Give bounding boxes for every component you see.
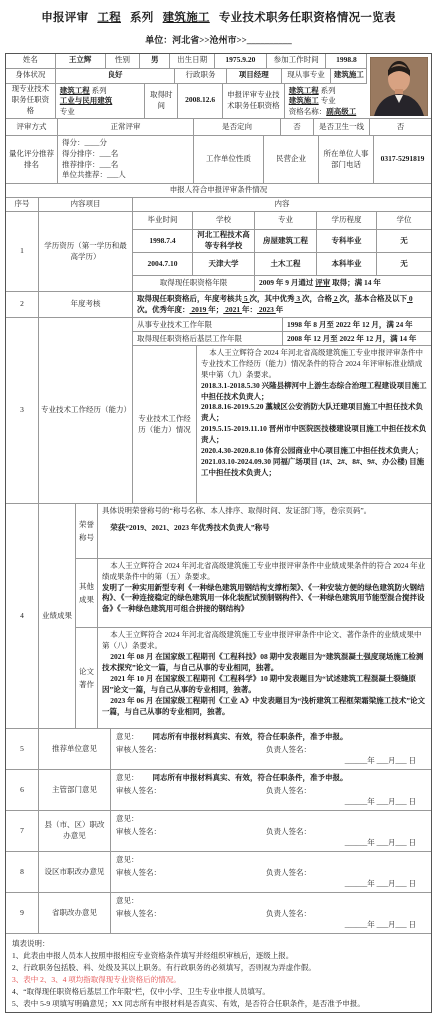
opinion-num: 7: [6, 811, 39, 851]
current-title-label: 现专业技术职务任职资格: [6, 84, 56, 118]
education-header-row: 毕业时间 学校 专业 学历程度 学位: [133, 212, 431, 230]
note-item: 3、表中 2、3、4 项均指取得现专业资格后的情况。: [12, 974, 425, 986]
leader-sign-label: 负责人签名：: [266, 786, 311, 797]
education-row-block: 1 学历资历（第一学历和最高学历） 毕业时间 学校 专业 学历程度 学位 199…: [6, 212, 431, 292]
opinion-content: 意见：同志所有申报材料真实、有效，符合任职条件，准予申报。 审核人签名：负责人签…: [111, 770, 431, 810]
review-mode-label: 评审方式: [6, 119, 58, 135]
honor-sub-row: 荣誉称号 具体说明荣誉称号的“称号名称、本人排序、取得时间、发证部门等，卷宗页码…: [76, 504, 431, 559]
unit-label: 单位：: [145, 35, 172, 45]
paper-line: 2023 年 06 月 在国家级工程期刊《工业 A》中发表题目为“浅析建筑工程框…: [102, 696, 427, 718]
edu-h-time: 毕业时间: [133, 212, 193, 229]
note-item: 4、“取得现任职资格后基层工作年限”栏，仅中小学、卫生专业申报人员填写。: [12, 986, 425, 998]
form-title: 申报评审工程系列建筑施工专业技术职务任职资格情况一览表: [5, 9, 432, 25]
edu-major: 房屋建筑工程: [255, 230, 317, 252]
education-table: 毕业时间 学校 专业 学历程度 学位 1998.7.4 河北工程技术高等专科学校…: [133, 212, 431, 291]
annual-review-row: 2 年度考核 取得现任职资格后，年度考核共 5 次，其中优秀 3 次，合格 2 …: [6, 292, 431, 318]
honor-text-cell: 具体说明荣誉称号的“称号名称、本人排序、取得时间、发证部门等，卷宗页码”。 荣获…: [98, 504, 431, 558]
portrait-photo-graphic: [370, 57, 428, 116]
edu-h-diploma: 学位: [377, 212, 431, 229]
education-row: 1998.7.4 河北工程技术高等专科学校 房屋建筑工程 专科毕业 无: [133, 230, 431, 253]
honor-text: 荣获“2019、2021、2023 年优秀技术负责人”称号: [102, 523, 427, 534]
row4-label: 业绩成果: [39, 504, 76, 728]
apply-title-label: 申报评审专业技术职务任职资格: [223, 84, 285, 118]
edu-diploma: 无: [377, 253, 431, 275]
opinion-text: 同志所有申报材料真实、有效，符合任职条件，准予申报。: [153, 773, 348, 784]
score-blanks: 得分：____分得分排序：___名推荐排序：___名单位共推荐：___人: [58, 136, 194, 183]
qual-years-segments: 2009 年 9 月通过 评审 取得；满 14 年: [259, 278, 381, 289]
name-label: 姓名: [6, 54, 56, 68]
project-item: 2018.3.1-2018.5.30 兴隆县柳河中上游生态综合治理工程建设项目施…: [201, 381, 427, 403]
col-header-content: 内容: [133, 198, 431, 211]
opinion-date-blank: ______年 ___月___ 日: [116, 920, 426, 931]
score-line: 得分排序：___名: [62, 149, 126, 160]
opinion-word: 意见：: [116, 814, 139, 825]
edu-h-major: 专业: [255, 212, 317, 229]
qual-years-value: 2009 年 9 月通过 评审 取得；满 14 年: [255, 276, 431, 291]
experience-row-block: 3 专业技术工作经历（能力） 从事专业技术工作年限 1998 年 8 月至 20…: [6, 318, 431, 504]
title-mid: 系列: [130, 12, 154, 24]
opinion-row: 6 主管部门意见 意见：同志所有申报材料真实、有效，符合任职条件，准予申报。 审…: [6, 770, 431, 811]
row2-num: 2: [6, 292, 39, 317]
score-line: 得分：____分: [62, 138, 126, 149]
leader-sign-label: 负责人签名：: [266, 909, 311, 920]
unit-nature-value: 民营企业: [264, 136, 319, 183]
unit-value: 河北省>>沧州市>>: [172, 35, 247, 45]
current-major: 工业与民用建筑: [60, 96, 113, 105]
opinion-label: 推荐单位意见: [39, 729, 111, 769]
experience-intro: 本人王立辉符合 2024 年河北省高级建筑施工专业申报评审条件中专业技术工作经历…: [201, 348, 427, 381]
health-label: 身体状况: [6, 69, 56, 83]
apply-qual-cell: 建筑工程 系列 建筑施工 专业 资格名称：副高级工程师: [285, 84, 368, 118]
reviewer-sign-label: 审核人签名：: [116, 827, 266, 838]
note-item: 1、此表由申报人员本人按照申报相应专业资格条件填写并经组织审核后，逐级上报。: [12, 950, 425, 962]
edu-h-school: 学校: [193, 212, 255, 229]
achievements-row-block: 4 业绩成果 荣誉称号 具体说明荣誉称号的“称号名称、本人排序、取得时间、发证部…: [6, 504, 431, 729]
papers-text-cell: 本人王立辉符合 2024 年河北省高级建筑施工专业申报评审条件中论文、著作条件的…: [98, 628, 431, 728]
qual-years-label: 取得现任职资格年限: [133, 276, 255, 291]
opinion-rows: 5 推荐单位意见 意见：同志所有申报材料真实、有效，符合任职条件，准予申报。 审…: [6, 729, 431, 934]
project-item: 2019.5.15-2019.11.10 晋州市中医院医技楼建设项目施工中担任技…: [201, 424, 427, 446]
edu-major: 土木工程: [255, 253, 317, 275]
project-list: 2018.3.1-2018.5.30 兴隆县柳河中上游生态综合治理工程建设项目施…: [201, 381, 427, 479]
experience-content: 从事专业技术工作年限 1998 年 8 月至 2022 年 12 月，满 24 …: [133, 318, 431, 503]
gender-value: 男: [140, 54, 170, 68]
workstart-value: 1998.8: [326, 54, 367, 68]
papers-sub-row: 论文著作 本人王立辉符合 2024 年河北省高级建筑施工专业申报评审条件中论文、…: [76, 628, 431, 728]
name-value: 王立辉: [56, 54, 106, 68]
row4-num: 4: [6, 504, 39, 728]
col-header-num: 序号: [6, 198, 39, 211]
base-years-value: 2008 年 12 月至 2022 年 12 月，满 14 年: [283, 332, 431, 345]
project-item: 2018.8.16-2019.5.20 藁城区公安消防大队迁建项目施工中担任技术…: [201, 402, 427, 424]
other-sub-label: 其他成果: [76, 559, 98, 628]
title-suffix: 专业技术职务任职资格情况一览表: [219, 12, 396, 24]
leader-sign-label: 负责人签名：: [266, 745, 311, 756]
basic-row-2: 身体状况 良好 行政职务 项目经理 现从事专业 建筑施工: [6, 69, 367, 84]
opinion-row: 8 设区市职改办意见 意见： 审核人签名：负责人签名： ______年 ___月…: [6, 852, 431, 893]
reviewer-sign-label: 审核人签名：: [116, 745, 266, 756]
unit-line: 单位：河北省>>沧州市>>__________: [5, 33, 432, 46]
reviewer-sign-label: 审核人签名：: [116, 786, 266, 797]
birth-label: 出生日期: [170, 54, 215, 68]
experience-detail-row: 专业技术工作经历（能力）情况 本人王立辉符合 2024 年河北省高级建筑施工专业…: [133, 346, 431, 503]
admin-value: 项目经理: [227, 69, 282, 83]
obtain-time-value: 2008.12.6: [178, 84, 223, 118]
notes-list: 1、此表由申报人员本人按照申报相应专业资格条件填写并经组织审核后，逐级上报。2、…: [12, 950, 425, 1010]
leader-sign-label: 负责人签名：: [266, 868, 311, 879]
honor-note: 具体说明荣誉称号的“称号名称、本人排序、取得时间、发证部门等，卷宗页码”。: [102, 506, 427, 517]
opinion-label: 县（市、区）职改办意见: [39, 811, 111, 851]
opinion-date-blank: ______年 ___月___ 日: [116, 797, 426, 808]
profession-label: 现从事专业: [282, 69, 332, 83]
qualification-review-form: 申报评审工程系列建筑施工专业技术职务任职资格情况一览表 单位：河北省>>沧州市>…: [0, 0, 437, 1024]
project-item: 2021.03.10-2024.09.30 同福广场项目 (1#、2#、8#、9…: [201, 457, 427, 479]
reviewer-sign-label: 审核人签名：: [116, 868, 266, 879]
work-years-label: 从事专业技术工作年限: [133, 318, 283, 331]
opinion-num: 6: [6, 770, 39, 810]
main-table: 姓名 王立辉 性别 男 出生日期 1975.9.20 参加工作时间 1998.8…: [5, 53, 432, 1013]
title-specialty-blank: 建筑施工: [154, 12, 219, 24]
base-years-row: 取得现任职资格后基层工作年限 2008 年 12 月至 2022 年 12 月，…: [133, 332, 431, 346]
review-mode-row: 评审方式 正常评审 是否定向 否 是否卫生一线 否: [6, 119, 431, 136]
section-header-row: 申报人符合申报评审条件情况: [6, 184, 431, 198]
papers-sub-label: 论文著作: [76, 628, 98, 728]
col-header-item: 内容项目: [39, 198, 133, 211]
education-row: 2004.7.10 天津大学 土木工程 本科毕业 无: [133, 253, 431, 276]
honor-sub-label: 荣誉称号: [76, 504, 98, 558]
obtain-time-label: 取得时间: [145, 84, 178, 118]
opinion-content: 意见：同志所有申报材料真实、有效，符合任职条件，准予申报。 审核人签名：负责人签…: [111, 729, 431, 769]
annual-review-text: 取得现任职资格后，年度考核共 5 次，其中优秀 3 次，合格 2 次，基本合格及…: [133, 292, 431, 317]
opinion-row: 7 县（市、区）职改办意见 意见： 审核人签名：负责人签名： ______年 _…: [6, 811, 431, 852]
notes-title: 填表说明：: [12, 938, 425, 950]
profession-value: 建筑施工: [331, 69, 367, 83]
opinion-row: 5 推荐单位意见 意见：同志所有申报材料真实、有效，符合任职条件，准予申报。 审…: [6, 729, 431, 770]
note-item: 5、表中 5-9 项填写明确意见；XX 同志所有申报材料是否真实、有效，是否符合…: [12, 998, 425, 1010]
edu-degree: 专科毕业: [317, 230, 377, 252]
edu-time: 1998.7.4: [133, 230, 193, 252]
workstart-label: 参加工作时间: [267, 54, 327, 68]
paper-line: 本人王立辉符合 2024 年河北省高级建筑施工专业申报评审条件中论文、著作条件的…: [102, 630, 427, 652]
opinion-text: 同志所有申报材料真实、有效，符合任职条件，准予申报。: [153, 732, 348, 743]
applicant-photo: [367, 54, 431, 118]
opinion-date-blank: ______年 ___月___ 日: [116, 879, 426, 890]
row2-label: 年度考核: [39, 292, 133, 317]
title-prefix: 申报评审: [41, 12, 88, 24]
current-series: 建筑工程: [60, 86, 90, 95]
opinion-label: 主管部门意见: [39, 770, 111, 810]
unit-blank: __________: [247, 35, 292, 45]
review-mode-value: 正常评审: [58, 119, 194, 135]
directed-value: 否: [281, 119, 314, 135]
edu-school: 河北工程技术高等专科学校: [193, 230, 255, 252]
annual-review-segments: 取得现任职资格后，年度考核共 5 次，其中优秀 3 次，合格 2 次，基本合格及…: [137, 294, 427, 316]
gender-label: 性别: [106, 54, 141, 68]
base-years-label: 取得现任职资格后基层工作年限: [133, 332, 283, 345]
achievements-content: 荣誉称号 具体说明荣誉称号的“称号名称、本人排序、取得时间、发证部门等，卷宗页码…: [76, 504, 431, 728]
experience-sub-label: 专业技术工作经历（能力）情况: [133, 346, 197, 503]
score-lines-list: 得分：____分得分排序：___名推荐排序：___名单位共推荐：___人: [62, 138, 126, 182]
opinion-num: 8: [6, 852, 39, 892]
health-value: 良好: [56, 69, 175, 83]
paper-line: 2021 年 10 月 在国家级工程期刊《工程科学》10 期中发表题目为“试述建…: [102, 674, 427, 696]
opinion-row: 9 省职改办意见 意见： 审核人签名：负责人签名： ______年 ___月__…: [6, 893, 431, 934]
opinion-label: 设区市职改办意见: [39, 852, 111, 892]
opinion-word: 意见：: [116, 732, 139, 743]
leader-sign-label: 负责人签名：: [266, 827, 311, 838]
title-series-blank: 工程: [88, 12, 130, 24]
row3-num: 3: [6, 318, 39, 503]
opinion-word: 意见：: [116, 773, 139, 784]
reviewer-sign-label: 审核人签名：: [116, 909, 266, 920]
current-qual-cell: 建筑工程 系列 工业与民用建筑 专业 资格名称：工程师: [56, 84, 146, 118]
opinion-num: 5: [6, 729, 39, 769]
other-line: 本人王立辉符合 2024 年河北省高级建筑施工专业申报评审条件中业绩成果条件的符…: [102, 561, 427, 583]
row1-num: 1: [6, 212, 39, 291]
phone-value: 0317-5291819: [374, 136, 431, 183]
birth-value: 1975.9.20: [215, 54, 267, 68]
score-line: 推荐排序：___名: [62, 160, 126, 171]
apply-series: 建筑工程: [289, 86, 319, 95]
unit-nature-label: 工作单位性质: [194, 136, 264, 183]
row3-label: 专业技术工作经历（能力）: [39, 318, 133, 503]
other-line: 发明了一种实用新型专利《一种绿色建筑用钢结构支撑桁架》、《一种安装方便的绿色建筑…: [102, 583, 427, 616]
education-rows: 1998.7.4 河北工程技术高等专科学校 房屋建筑工程 专科毕业 无 2004…: [133, 230, 431, 276]
row1-label: 学历资历（第一学历和最高学历）: [39, 212, 133, 291]
opinion-date-blank: ______年 ___月___ 日: [116, 756, 426, 767]
section-header: 申报人符合申报评审条件情况: [6, 184, 431, 197]
opinion-label: 省职改办意见: [39, 893, 111, 933]
edu-time: 2004.7.10: [133, 253, 193, 275]
score-label: 量化评分推荐排名: [6, 136, 58, 183]
opinion-content: 意见： 审核人签名：负责人签名： ______年 ___月___ 日: [111, 852, 431, 892]
paper-line: 2021 年 08 月 在国家级工程期刊《工程科技》08 期中发表题目为“建筑混…: [102, 652, 427, 674]
opinion-content: 意见： 审核人签名：负责人签名： ______年 ___月___ 日: [111, 811, 431, 851]
column-header-row: 序号 内容项目 内容: [6, 198, 431, 212]
health-line-value: 否: [370, 119, 431, 135]
work-years-value: 1998 年 8 月至 2022 年 12 月，满 24 年: [283, 318, 431, 331]
basic-row-3: 现专业技术职务任职资格 建筑工程 系列 工业与民用建筑 专业 资格名称：工程师 …: [6, 84, 367, 118]
other-sub-row: 其他成果 本人王立辉符合 2024 年河北省高级建筑施工专业申报评审条件中业绩成…: [76, 559, 431, 629]
phone-label: 所在单位人事部门电话: [319, 136, 374, 183]
edu-diploma: 无: [377, 230, 431, 252]
experience-detail-text: 本人王立辉符合 2024 年河北省高级建筑施工专业申报评审条件中专业技术工作经历…: [197, 346, 431, 503]
health-line-label: 是否卫生一线: [314, 119, 370, 135]
edu-degree: 本科毕业: [317, 253, 377, 275]
score-line: 单位共推荐：___人: [62, 170, 126, 181]
note-item: 2、行政职务包括股、科、处级及其以上职务。有行政职务的必须填写，否则视为弄虚作假…: [12, 962, 425, 974]
opinion-date-blank: ______年 ___月___ 日: [116, 838, 426, 849]
project-item: 2020.4.30-2020.8.10 体育公园商业中心项目施工中担任技术负责人…: [201, 446, 427, 457]
opinion-num: 9: [6, 893, 39, 933]
edu-school: 天津大学: [193, 253, 255, 275]
qual-years-row: 取得现任职资格年限 2009 年 9 月通过 评审 取得；满 14 年: [133, 276, 431, 291]
work-years-row: 从事专业技术工作年限 1998 年 8 月至 2022 年 12 月，满 24 …: [133, 318, 431, 332]
opinion-word: 意见：: [116, 896, 139, 907]
opinion-content: 意见： 审核人签名：负责人签名： ______年 ___月___ 日: [111, 893, 431, 933]
score-row: 量化评分推荐排名 得分：____分得分排序：___名推荐排序：___名单位共推荐…: [6, 136, 431, 184]
basic-info-block: 姓名 王立辉 性别 男 出生日期 1975.9.20 参加工作时间 1998.8…: [6, 54, 431, 119]
directed-label: 是否定向: [194, 119, 281, 135]
form-notes: 填表说明： 1、此表由申报人员本人按照申报相应专业资格条件填写并经组织审核后，逐…: [6, 934, 431, 1012]
opinion-word: 意见：: [116, 855, 139, 866]
edu-h-degree: 学历程度: [317, 212, 377, 229]
apply-major: 建筑施工: [289, 96, 319, 105]
basic-info-left: 姓名 王立辉 性别 男 出生日期 1975.9.20 参加工作时间 1998.8…: [6, 54, 367, 118]
basic-row-1: 姓名 王立辉 性别 男 出生日期 1975.9.20 参加工作时间 1998.8: [6, 54, 367, 69]
other-text-cell: 本人王立辉符合 2024 年河北省高级建筑施工专业申报评审条件中业绩成果条件的符…: [98, 559, 431, 628]
admin-label: 行政职务: [175, 69, 227, 83]
